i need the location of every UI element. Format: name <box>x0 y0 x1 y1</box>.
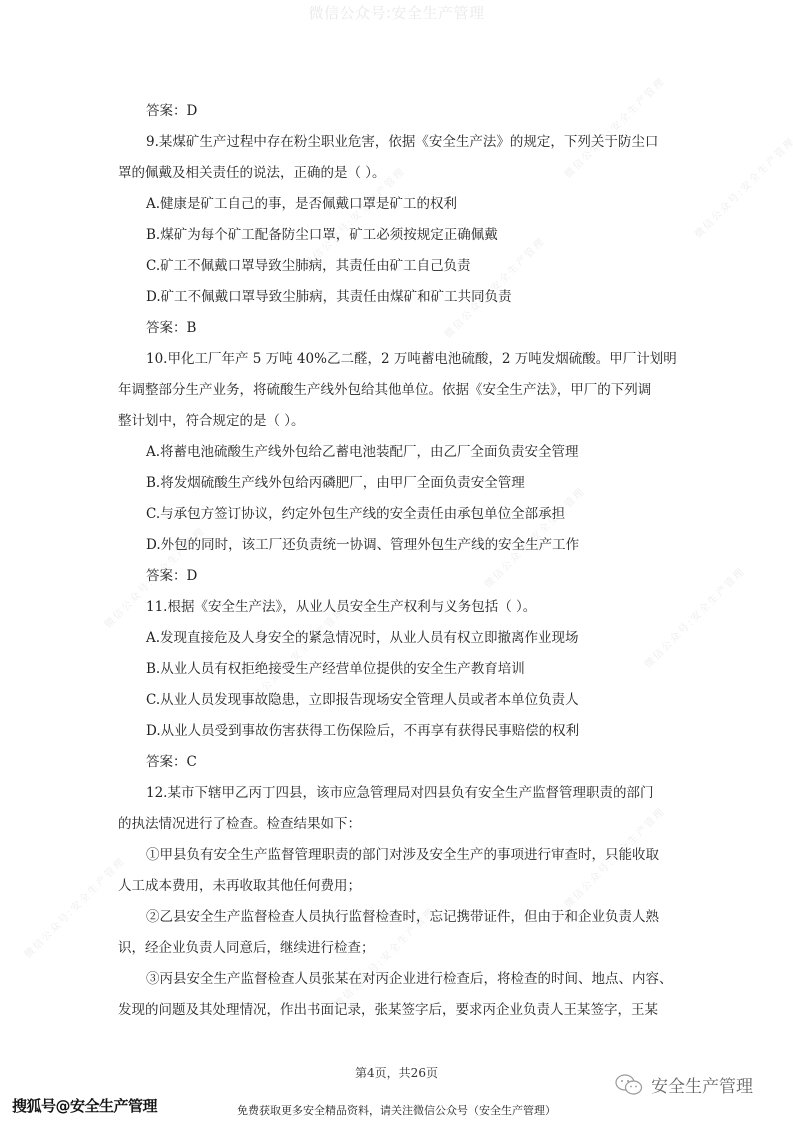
question-11-stem: 11.根据《安全生产法》，从业人员安全生产权利与义务包括（ ）。 <box>118 592 674 623</box>
question-9-option-c: C.矿工不佩戴口罩导致尘肺病，其责任由矿工自己负责 <box>118 251 674 282</box>
wechat-icon <box>615 1074 643 1096</box>
answer-9: 答案：B <box>118 313 674 344</box>
question-11-option-a: A.发现直接危及人身安全的紧急情况时，从业人员有权立即撤离作业现场 <box>118 623 674 654</box>
sohu-watermark: 搜狐号@安全生产管理 <box>12 1095 157 1116</box>
question-10-stem: 10.甲化工厂年产 5 万吨 40%乙二醛，2 万吨蓄电池硫酸，2 万吨发烟硫酸… <box>118 344 674 375</box>
wechat-account-name: 安全生产管理 <box>651 1072 753 1097</box>
question-12-item-2-cont: 识，经企业负责人同意后，继续进行检查； <box>118 933 674 964</box>
question-10-option-c: C.与承包方签订协议，约定外包生产线的安全责任由承包单位全部承担 <box>118 499 674 530</box>
diagonal-watermark: 微信公众号:安全生产管理 <box>20 853 128 961</box>
question-10-stem-cont: 整计划中，符合规定的是（ ）。 <box>118 406 674 437</box>
wechat-account-badge: 安全生产管理 <box>615 1072 753 1097</box>
question-9-stem-cont: 罩的佩戴及相关责任的说法，正确的是（ ）。 <box>118 158 674 189</box>
question-10-stem-cont: 年调整部分生产业务，将硫酸生产线外包给其他单位。依据《安全生产法》，甲厂的下列调 <box>118 375 674 406</box>
question-12-stem: 12.某市下辖甲乙丙丁四县，该市应急管理局对四县负有安全生产监督管理职责的部门 <box>118 778 674 809</box>
question-10-option-a: A.将蓄电池硫酸生产线外包给乙蓄电池装配厂，由乙厂全面负责安全管理 <box>118 437 674 468</box>
question-11-option-b: B.从业人员有权拒绝接受生产经营单位提供的安全生产教育培训 <box>118 654 674 685</box>
question-9-stem: 9.某煤矿生产过程中存在粉尘职业危害，依据《安全生产法》的规定，下列关于防尘口 <box>118 127 674 158</box>
answer-8: 答案：D <box>118 96 674 127</box>
question-11-option-c: C.从业人员发现事故隐患，立即报告现场安全管理人员或者本单位负责人 <box>118 685 674 716</box>
document-body: 答案：D 9.某煤矿生产过程中存在粉尘职业危害，依据《安全生产法》的规定，下列关… <box>118 96 674 1026</box>
question-9-option-a: A.健康是矿工自己的事，是否佩戴口罩是矿工的权利 <box>118 189 674 220</box>
question-9-option-b: B.煤矿为每个矿工配备防尘口罩，矿工必须按规定正确佩戴 <box>118 220 674 251</box>
question-12-item-3-cont: 发现的问题及其处理情况，作出书面记录，张某签字后，要求丙企业负责人王某签字，王某 <box>118 995 674 1026</box>
question-9-option-d: D.矿工不佩戴口罩导致尘肺病，其责任由煤矿和矿工共同负责 <box>118 282 674 313</box>
diagonal-watermark: 微信公众号:安全生产管理 <box>690 133 793 241</box>
question-12-item-3: ③丙县安全生产监督检查人员张某在对丙企业进行检查后，将检查的时间、地点、内容、 <box>118 964 674 995</box>
top-watermark: 微信公众号:安全生产管理 <box>0 2 793 23</box>
answer-10: 答案：D <box>118 561 674 592</box>
question-12-item-1: ①甲县负有安全生产监督管理职责的部门对涉及安全生产的事项进行审查时，只能收取 <box>118 840 674 871</box>
question-12-item-1-cont: 人工成本费用，未再收取其他任何费用； <box>118 871 674 902</box>
question-10-option-b: B.将发烟硫酸生产线外包给丙磷肥厂，由甲厂全面负责安全管理 <box>118 468 674 499</box>
answer-11: 答案：C <box>118 747 674 778</box>
question-12-stem-cont: 的执法情况进行了检查。检查结果如下： <box>118 809 674 840</box>
question-11-option-d: D.从业人员受到事故伤害获得工伤保险后，不再享有获得民事赔偿的权利 <box>118 716 674 747</box>
question-10-option-d: D.外包的同时，该工厂还负责统一协调、管理外包生产线的安全生产工作 <box>118 530 674 561</box>
question-12-item-2: ②乙县安全生产监督检查人员执行监督检查时，忘记携带证件，但由于和企业负责人熟 <box>118 902 674 933</box>
